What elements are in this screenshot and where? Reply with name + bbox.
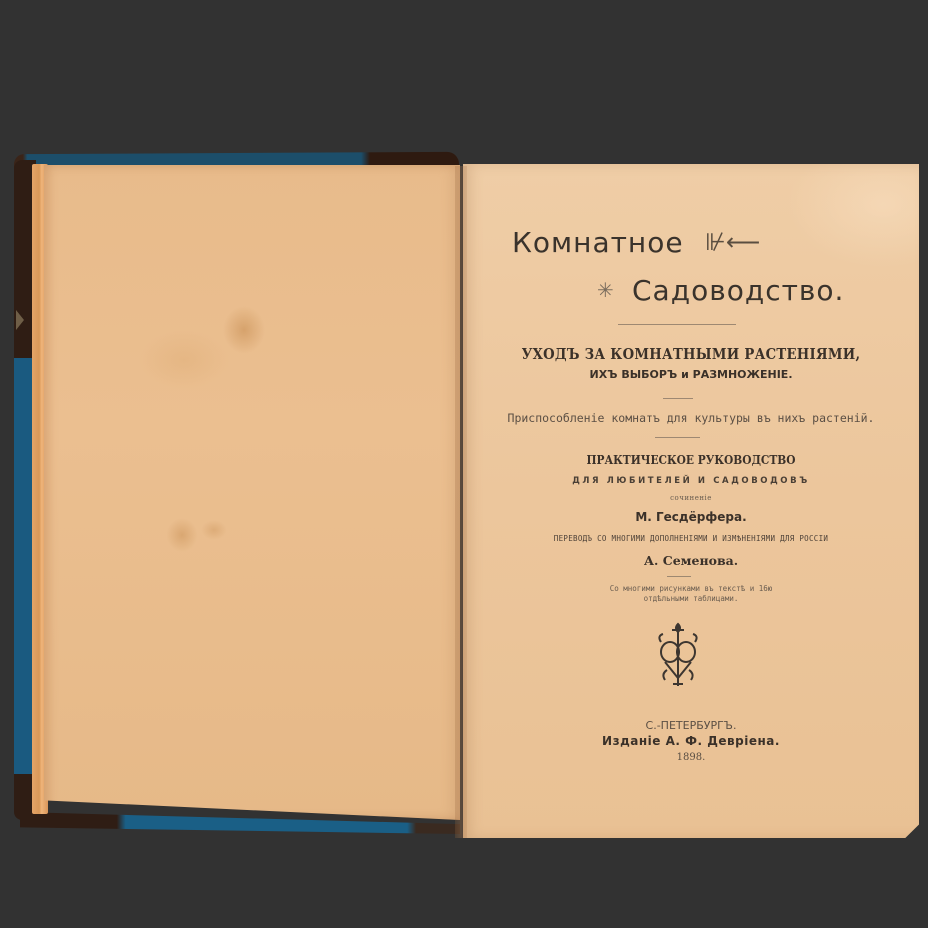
- ornament-icon: ⊮⟵: [705, 228, 760, 256]
- divider-rule-small: [655, 437, 700, 438]
- imprint-year: 1898.: [463, 752, 919, 763]
- illustrations-note: Со многими рисунками въ текстѣ и 16ю отд…: [463, 584, 919, 604]
- translation-note: ПЕРЕВОДЪ СО МНОГИМИ ДОПОЛНЕНІЯМИ И ИЗМѢН…: [463, 534, 919, 543]
- translator-name: А. Семенова.: [463, 553, 919, 568]
- title-line-2: Садоводство.: [632, 274, 844, 307]
- audience-line: ДЛЯ ЛЮБИТЕЛЕЙ И САДОВОДОВЪ: [463, 476, 919, 486]
- divider-rule-small: [667, 576, 691, 577]
- asterisk-ornament-icon: ✳: [597, 278, 614, 302]
- photo-stage: Комнатное ⊮⟵ ✳ Садоводство. УХОДЪ ЗА КОМ…: [0, 0, 928, 928]
- divider-rule: [618, 324, 736, 325]
- subtitle-line-2: ИХЪ ВЫБОРЪ и РАЗМНОЖЕНІЕ.: [463, 368, 919, 381]
- publisher-monogram-emblem-icon: [655, 622, 701, 688]
- cover-wear-mark: [16, 310, 24, 330]
- subtitle-line-3: Приспособленіе комнатъ для культуры въ н…: [463, 411, 919, 425]
- divider-rule-small: [663, 398, 693, 399]
- illustrations-note-line-1: Со многими рисунками въ текстѣ и 16ю: [463, 584, 919, 594]
- authorship-label: сочиненіе: [463, 494, 919, 502]
- imprint-city: С.-ПЕТЕРБУРГЪ.: [463, 719, 919, 732]
- genre-line: ПРАКТИЧЕСКОЕ РУКОВОДСТВО: [497, 452, 885, 467]
- author-name: М. Гесдёрфера.: [463, 510, 919, 524]
- subtitle-line-1: УХОДЪ ЗА КОМНАТНЫМИ РАСТЕНІЯМИ,: [490, 345, 891, 363]
- left-page-blank: [44, 165, 460, 820]
- title-line-1: Комнатное: [512, 226, 684, 259]
- illustrations-note-line-2: отдѣльными таблицами.: [463, 594, 919, 604]
- imprint-publisher: Изданіе А. Ф. Девріена.: [463, 734, 919, 748]
